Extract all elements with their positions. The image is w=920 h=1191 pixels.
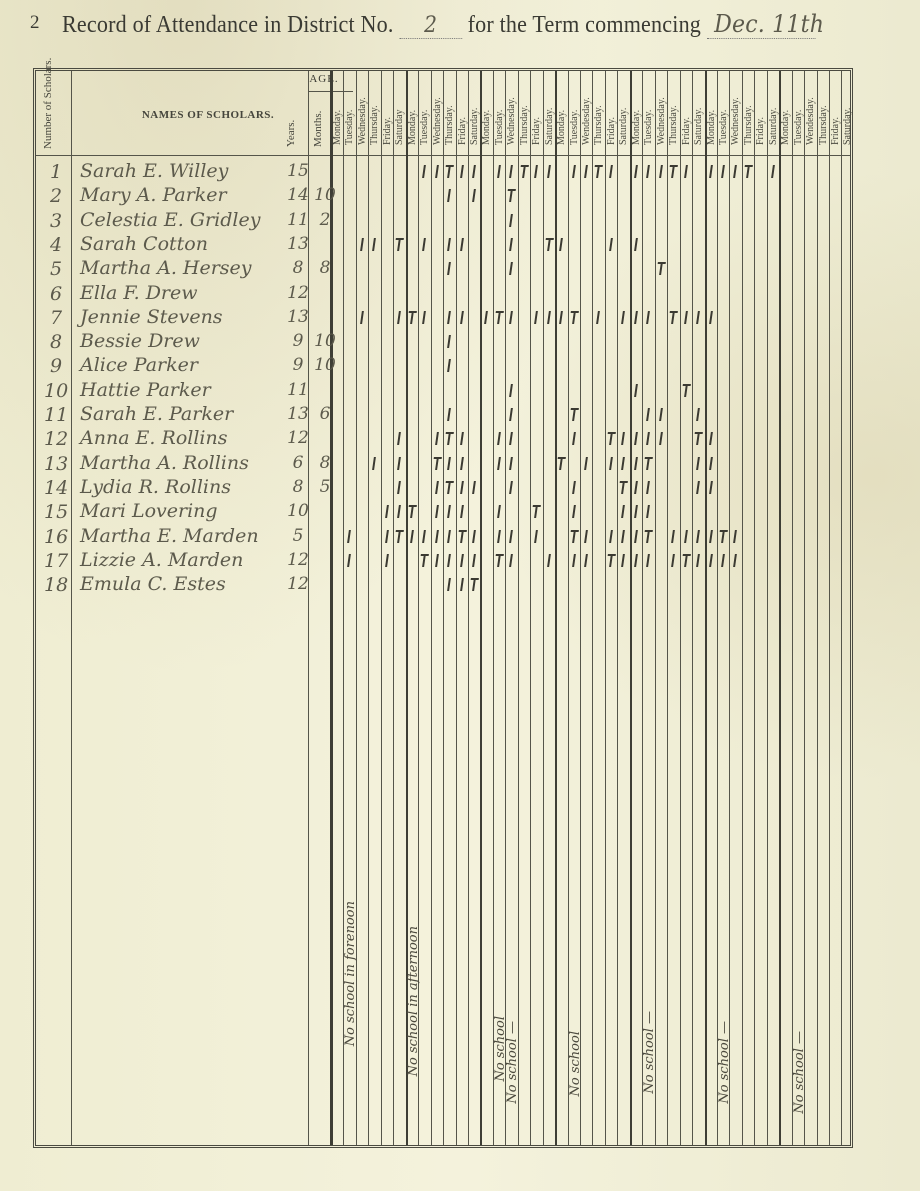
day-divider	[792, 71, 793, 1145]
attendance-mark	[609, 432, 613, 445]
day-header: Monday.	[780, 75, 791, 145]
no-school-note: No school in afternoon	[406, 926, 421, 1076]
attendance-mark	[497, 311, 501, 324]
attendance-mark	[447, 432, 451, 445]
attendance-mark	[435, 165, 439, 178]
attendance-mark	[497, 457, 501, 470]
week-divider	[779, 71, 781, 1145]
no-school-note: No school —	[505, 1021, 520, 1104]
attendance-mark	[671, 165, 675, 178]
attendance-mark	[460, 578, 464, 591]
attendance-mark	[472, 481, 476, 494]
attendance-mark	[410, 505, 414, 518]
scholar-age-years: 9	[284, 355, 312, 375]
attendance-mark	[509, 214, 513, 227]
attendance-mark	[534, 165, 538, 178]
page-number: 2	[30, 12, 40, 34]
scholar-age-years: 12	[284, 574, 312, 594]
attendance-mark	[572, 530, 576, 543]
attendance-mark	[609, 457, 613, 470]
attendance-mark	[460, 238, 464, 251]
attendance-mark	[634, 457, 638, 470]
scholar-number: 18	[44, 574, 68, 596]
attendance-mark	[559, 457, 563, 470]
scholar-age-years: 8	[284, 258, 312, 278]
attendance-mark	[559, 311, 563, 324]
scholar-row: 16Martha E. Marden5	[36, 526, 850, 549]
attendance-mark	[696, 457, 700, 470]
scholar-age-years: 6	[284, 453, 312, 473]
attendance-mark	[447, 238, 451, 251]
attendance-mark	[771, 165, 775, 178]
attendance-mark	[472, 554, 476, 567]
attendance-mark	[572, 505, 576, 518]
scholar-name: Martha E. Marden	[80, 525, 259, 547]
scholar-age-years: 11	[284, 380, 312, 400]
scholar-age-years: 10	[284, 501, 312, 521]
attendance-mark	[509, 238, 513, 251]
day-header: Saturday.	[693, 75, 704, 145]
attendance-mark	[609, 554, 613, 567]
scholar-row: 4Sarah Cotton13	[36, 234, 850, 257]
scholar-age-years: 13	[284, 404, 312, 424]
attendance-mark	[348, 554, 352, 567]
attendance-mark	[422, 238, 426, 251]
attendance-mark	[696, 554, 700, 567]
attendance-mark	[472, 189, 476, 202]
no-school-note: No school —	[642, 1011, 657, 1094]
months-header: Months.	[312, 97, 324, 147]
attendance-mark	[397, 457, 401, 470]
scholar-row: 8Bessie Drew910	[36, 331, 850, 354]
day-header: Friday.	[681, 75, 692, 145]
attendance-mark	[472, 530, 476, 543]
attendance-mark	[447, 554, 451, 567]
scholar-number: 3	[44, 210, 68, 232]
day-header: Wednesday.	[506, 75, 517, 145]
scholar-row: 3Celestia E. Gridley112	[36, 210, 850, 233]
day-divider	[592, 71, 593, 1145]
attendance-mark	[509, 408, 513, 421]
attendance-mark	[584, 530, 588, 543]
attendance-mark	[435, 432, 439, 445]
scholar-row: 9Alice Parker910	[36, 355, 850, 378]
day-header: Thursday.	[668, 75, 679, 145]
no-school-note: No school —	[792, 1031, 807, 1114]
attendance-mark	[447, 311, 451, 324]
attendance-mark	[435, 554, 439, 567]
scholar-name: Lydia R. Rollins	[80, 476, 231, 498]
attendance-mark	[671, 311, 675, 324]
attendance-mark	[709, 530, 713, 543]
attendance-mark	[422, 165, 426, 178]
day-divider	[443, 71, 444, 1145]
scholar-age-years: 12	[284, 550, 312, 570]
attendance-mark	[509, 262, 513, 275]
day-header: Thursday.	[818, 75, 829, 145]
scholar-row: 7Jennie Stevens13	[36, 307, 850, 330]
attendance-mark	[696, 530, 700, 543]
attendance-mark	[509, 530, 513, 543]
attendance-mark	[397, 311, 401, 324]
scholar-name: Mary A. Parker	[80, 184, 227, 206]
attendance-mark	[721, 554, 725, 567]
scholar-age-months: 8	[312, 453, 338, 473]
attendance-mark	[385, 554, 389, 567]
scholar-number: 6	[44, 283, 68, 305]
attendance-mark	[746, 165, 750, 178]
attendance-mark	[733, 165, 737, 178]
day-divider	[692, 71, 693, 1145]
day-header: Saturday.	[469, 75, 480, 145]
attendance-mark	[671, 530, 675, 543]
scholar-row: 10Hattie Parker11	[36, 380, 850, 403]
attendance-mark	[397, 530, 401, 543]
day-divider	[568, 71, 569, 1145]
scholar-row: 15Mari Lovering10	[36, 501, 850, 524]
page-title: Record of Attendance in District No. 2 f…	[62, 10, 815, 39]
scholar-age-years: 14	[284, 185, 312, 205]
col-divider	[308, 71, 309, 1145]
day-header: Monday.	[332, 75, 343, 145]
attendance-mark	[684, 530, 688, 543]
day-header: Thursday.	[519, 75, 530, 145]
attendance-mark	[646, 432, 650, 445]
scholar-age-years: 8	[284, 477, 312, 497]
attendance-mark	[572, 481, 576, 494]
day-header: Friday.	[606, 75, 617, 145]
attendance-mark	[460, 481, 464, 494]
attendance-mark	[572, 554, 576, 567]
attendance-mark	[659, 262, 663, 275]
attendance-mark	[634, 238, 638, 251]
attendance-mark	[509, 481, 513, 494]
col-divider	[71, 71, 72, 1145]
attendance-mark	[447, 262, 451, 275]
attendance-mark	[634, 481, 638, 494]
attendance-mark	[621, 505, 625, 518]
attendance-mark	[447, 408, 451, 421]
attendance-mark	[447, 335, 451, 348]
day-header: Wendesday.	[805, 75, 816, 145]
day-header: Tuesday.	[643, 75, 654, 145]
scholar-number: 4	[44, 234, 68, 256]
day-header: Thursday.	[593, 75, 604, 145]
scholar-number: 17	[44, 550, 68, 572]
day-header: Wednesday.	[730, 75, 741, 145]
day-header: Thursday.	[743, 75, 754, 145]
scholar-row: 6Ella F. Drew12	[36, 283, 850, 306]
attendance-mark	[547, 554, 551, 567]
day-divider	[431, 71, 432, 1145]
attendance-mark	[534, 530, 538, 543]
day-header: Tuesday.	[494, 75, 505, 145]
attendance-mark	[509, 311, 513, 324]
attendance-mark	[572, 311, 576, 324]
day-divider	[368, 71, 369, 1145]
day-divider	[605, 71, 606, 1145]
day-divider	[817, 71, 818, 1145]
attendance-mark	[397, 481, 401, 494]
attendance-mark	[447, 481, 451, 494]
scholar-name: Sarah E. Willey	[80, 160, 228, 182]
attendance-mark	[509, 189, 513, 202]
scholar-name: Anna E. Rollins	[80, 427, 227, 449]
scholar-number: 10	[44, 380, 68, 402]
attendance-mark	[671, 554, 675, 567]
day-divider	[642, 71, 643, 1145]
attendance-mark	[696, 481, 700, 494]
no-school-note: No school in forenoon	[343, 901, 358, 1046]
attendance-mark	[422, 311, 426, 324]
day-divider	[655, 71, 656, 1145]
attendance-mark	[397, 432, 401, 445]
attendance-mark	[621, 457, 625, 470]
day-header: Tuesday.	[793, 75, 804, 145]
attendance-mark	[646, 165, 650, 178]
scholar-name: Celestia E. Gridley	[80, 209, 260, 231]
attendance-mark	[584, 457, 588, 470]
attendance-mark	[709, 457, 713, 470]
day-divider	[667, 71, 668, 1145]
attendance-mark	[385, 505, 389, 518]
attendance-mark	[447, 530, 451, 543]
day-header: Wendesday.	[581, 75, 592, 145]
attendance-mark	[709, 554, 713, 567]
attendance-mark	[572, 165, 576, 178]
attendance-mark	[497, 432, 501, 445]
attendance-mark	[621, 481, 625, 494]
day-divider	[505, 71, 506, 1145]
scholar-name: Martha A. Hersey	[80, 257, 252, 279]
day-divider	[518, 71, 519, 1145]
years-header: Years.	[285, 99, 297, 147]
no-school-note: No school	[568, 1031, 583, 1096]
scholar-age-years: 5	[284, 526, 312, 546]
scholar-row: 14Lydia R. Rollins85	[36, 477, 850, 500]
attendance-mark	[621, 530, 625, 543]
attendance-mark	[646, 481, 650, 494]
scholar-name: Sarah Cotton	[80, 233, 208, 255]
day-header: Tuesday.	[718, 75, 729, 145]
day-header: Saturday	[394, 75, 405, 145]
scholar-number: 15	[44, 501, 68, 523]
day-divider	[381, 71, 382, 1145]
attendance-mark	[696, 408, 700, 421]
day-divider	[493, 71, 494, 1145]
attendance-mark	[709, 432, 713, 445]
scholar-name: Martha A. Rollins	[80, 452, 249, 474]
scholar-age-months: 5	[312, 477, 338, 497]
attendance-mark	[460, 432, 464, 445]
day-header: Thursday.	[444, 75, 455, 145]
attendance-mark	[509, 165, 513, 178]
day-divider	[729, 71, 730, 1145]
day-header: Monday.	[481, 75, 492, 145]
attendance-mark	[447, 189, 451, 202]
day-header: Tuesday.	[419, 75, 430, 145]
week-divider	[630, 71, 632, 1145]
day-divider	[829, 71, 830, 1145]
day-header: Monday.	[407, 75, 418, 145]
scholar-number: 7	[44, 307, 68, 329]
day-header: Friday.	[457, 75, 468, 145]
attendance-mark	[497, 505, 501, 518]
scholar-number: 14	[44, 477, 68, 499]
names-of-scholars-header: NAMES OF SCHOLARS.	[108, 109, 308, 121]
scholar-age-years: 15	[284, 161, 312, 181]
attendance-mark	[460, 457, 464, 470]
attendance-mark	[634, 554, 638, 567]
scholar-age-months: 8	[312, 258, 338, 278]
attendance-mark	[646, 505, 650, 518]
week-divider	[480, 71, 482, 1145]
attendance-mark	[497, 165, 501, 178]
attendance-mark	[447, 457, 451, 470]
attendance-mark	[534, 311, 538, 324]
scholar-row: 5Martha A. Hersey88	[36, 258, 850, 281]
attendance-mark	[547, 238, 551, 251]
day-divider	[393, 71, 394, 1145]
scholar-age-years: 12	[284, 283, 312, 303]
attendance-mark	[709, 165, 713, 178]
scholar-number: 13	[44, 453, 68, 475]
scholar-age-years: 13	[284, 234, 312, 254]
attendance-mark	[733, 530, 737, 543]
attendance-mark	[547, 311, 551, 324]
attendance-mark	[609, 238, 613, 251]
day-divider	[717, 71, 718, 1145]
attendance-mark	[659, 432, 663, 445]
scholar-name: Sarah E. Parker	[80, 403, 233, 425]
day-header: Wednesday.	[432, 75, 443, 145]
attendance-mark	[447, 359, 451, 372]
day-divider	[742, 71, 743, 1145]
day-divider	[456, 71, 457, 1145]
title-middle: for the Term commencing	[468, 12, 701, 38]
attendance-mark	[410, 530, 414, 543]
attendance-mark	[621, 311, 625, 324]
day-divider	[767, 71, 768, 1145]
attendance-mark	[659, 165, 663, 178]
day-divider	[530, 71, 531, 1145]
day-header: Saturday.	[842, 75, 853, 145]
attendance-mark	[634, 165, 638, 178]
attendance-mark	[472, 165, 476, 178]
day-header: Friday.	[830, 75, 841, 145]
title-prefix: Record of Attendance in District No.	[62, 12, 394, 38]
attendance-mark	[597, 165, 601, 178]
attendance-mark	[584, 554, 588, 567]
attendance-mark	[509, 432, 513, 445]
scholar-row: 12Anna E. Rollins12	[36, 428, 850, 451]
attendance-mark	[509, 554, 513, 567]
week-divider	[705, 71, 707, 1145]
day-divider	[754, 71, 755, 1145]
scholar-name: Bessie Drew	[80, 330, 200, 352]
scholar-row: 18Emula C. Estes12	[36, 574, 850, 597]
attendance-mark	[709, 311, 713, 324]
day-header: Friday.	[755, 75, 766, 145]
day-header: Tuesday.	[344, 75, 355, 145]
day-divider	[468, 71, 469, 1145]
attendance-mark	[646, 408, 650, 421]
day-header: Monday.	[556, 75, 567, 145]
scholar-row: 11Sarah E. Parker136	[36, 404, 850, 427]
day-divider	[680, 71, 681, 1145]
attendance-mark	[372, 457, 376, 470]
attendance-mark	[634, 432, 638, 445]
day-header: Saturday.	[768, 75, 779, 145]
scholar-row: 13Martha A. Rollins68	[36, 453, 850, 476]
attendance-mark	[696, 311, 700, 324]
day-header: Wednesday.	[656, 75, 667, 145]
day-header: Tuesday.	[569, 75, 580, 145]
attendance-mark	[684, 165, 688, 178]
number-of-scholars-header: Number of Scholars.	[42, 79, 54, 149]
attendance-mark	[472, 578, 476, 591]
attendance-mark	[360, 238, 364, 251]
attendance-mark	[460, 505, 464, 518]
week-divider	[331, 71, 333, 1145]
attendance-table: Number of Scholars. NAMES OF SCHOLARS. A…	[33, 68, 853, 1148]
attendance-mark	[547, 165, 551, 178]
day-header: Thursday.	[369, 75, 380, 145]
scholar-number: 12	[44, 428, 68, 450]
attendance-mark	[634, 384, 638, 397]
attendance-mark	[646, 554, 650, 567]
attendance-mark	[721, 165, 725, 178]
scholar-number: 16	[44, 526, 68, 548]
day-divider	[580, 71, 581, 1145]
scholar-age-months: 6	[312, 404, 338, 424]
attendance-mark	[509, 457, 513, 470]
attendance-mark	[397, 505, 401, 518]
day-divider	[841, 71, 842, 1145]
attendance-mark	[721, 530, 725, 543]
attendance-mark	[572, 408, 576, 421]
attendance-mark	[509, 384, 513, 397]
term-commencing-date: Dec. 11th	[707, 10, 816, 39]
scholar-age-months: 2	[312, 210, 338, 230]
attendance-mark	[497, 554, 501, 567]
attendance-mark	[460, 530, 464, 543]
scholar-age-years: 9	[284, 331, 312, 351]
scholar-age-years: 12	[284, 428, 312, 448]
scholar-number: 9	[44, 355, 68, 377]
attendance-mark	[634, 530, 638, 543]
scholar-number: 5	[44, 258, 68, 280]
attendance-mark	[659, 408, 663, 421]
week-divider	[555, 71, 557, 1145]
scholar-number: 8	[44, 331, 68, 353]
attendance-mark	[696, 432, 700, 445]
attendance-mark	[634, 505, 638, 518]
scholar-age-months: 10	[312, 331, 338, 351]
attendance-mark	[733, 554, 737, 567]
attendance-mark	[609, 530, 613, 543]
attendance-mark	[360, 311, 364, 324]
attendance-mark	[684, 384, 688, 397]
attendance-mark	[621, 432, 625, 445]
attendance-mark	[447, 578, 451, 591]
attendance-mark	[410, 311, 414, 324]
attendance-mark	[634, 311, 638, 324]
day-header: Monday.	[631, 75, 642, 145]
scholar-name: Mari Lovering	[80, 500, 218, 522]
attendance-mark	[484, 311, 488, 324]
attendance-mark	[572, 432, 576, 445]
